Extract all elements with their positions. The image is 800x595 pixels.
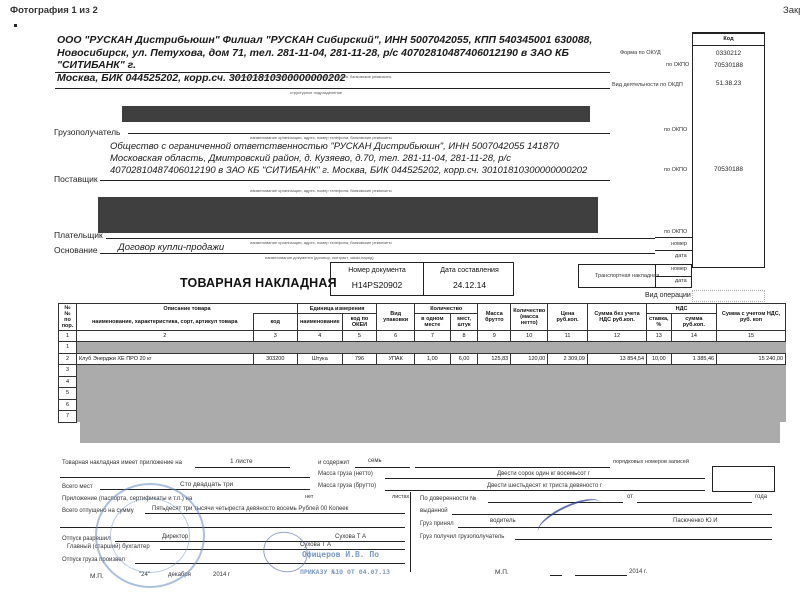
code-label-okdp: Вид деятельности по ОКДП [612,82,683,88]
cell-okei: 796 [342,353,377,365]
sender-line-1: ООО "РУСКАН Дистрибьюшн" Филиал "РУСКАН … [57,34,617,47]
row-number: 7 [59,411,77,423]
column-number: 3 [253,331,297,342]
th-net: Количество (масса нетто) [511,304,548,331]
cell-net: 120,00 [511,353,548,365]
doc-number-label: Номер документа [331,267,423,274]
net-label: Масса груза (нетто) [318,471,373,477]
issued-label: выданной [420,508,448,514]
code-label-payer-okpo: по ОКПО [664,229,687,235]
supplier-caption: наименование организации, адрес, номер т… [250,188,392,193]
doc-date-label: Дата составления [424,267,515,274]
column-number: 15 [717,331,786,342]
close-button[interactable]: Закрыть [783,5,800,16]
code-label-okud: Форма по ОКУД [620,50,661,56]
supplier-line-3: 40702810487406012190 в ЗАО КБ "СИТИБАНК"… [110,165,587,177]
column-number: 5 [342,331,377,342]
cell-vat-rate: 10,00 [647,353,672,365]
column-number: 14 [671,331,717,342]
cell-price: 2 309,09 [548,353,588,365]
consignee-label: Грузополучатель [54,127,121,137]
row-number: 3 [59,365,77,377]
mp2-label: М.П. [495,569,509,576]
th-gross: Масса брутто [478,304,511,331]
code-value-okdp: 51.38.23 [692,80,765,87]
row-number: 4 [59,376,77,388]
payer-label: Плательщик [54,230,103,240]
doc-number: Н14PS20902 [331,280,423,290]
code-value-supplier-okpo: 70530188 [692,166,765,173]
release-date-year: 2014 г [213,572,230,578]
column-number: 8 [450,331,478,342]
th-vat-sum: сумма руб.коп. [671,314,717,331]
accepted-position: водитель [490,518,516,524]
received-date-year: 2014 г. [629,569,647,575]
accepted-label: Груз принял [420,521,454,527]
transport-label: Транспортная накладная [595,273,659,279]
viewer-title: Фотография 1 из 2 [10,5,98,16]
table-row: 2Клуб Энерджи ХЕ ПРО 20 кг303200Штука796… [59,353,786,365]
received-label: Груз получил грузополучатель [420,534,504,540]
cell-sum: 13 854,54 [587,353,646,365]
row-number: 2 [59,353,77,365]
redacted-payer [98,197,598,233]
code-label-basis-date: дата [675,253,687,259]
cell-unit: Штука [297,353,342,365]
column-number: 1 [59,331,77,342]
document-number-box: Номер документа Н14PS20902 Дата составле… [330,262,514,296]
cell-places: 6,00 [450,353,478,365]
code-label-transport-date: дата [675,278,687,284]
column-number: 6 [377,331,415,342]
th-sum-vat: Сумма с учетом НДС, руб. коп [717,304,786,331]
row-number: 1 [59,342,77,354]
code-label-transport-number: номер [671,266,687,272]
contains-value: семь [368,458,382,464]
cell-vat-sum: 1 385,46 [671,353,717,365]
th-code: код [253,314,297,331]
supplier-label: Поставщик [54,174,98,184]
th-unit-name: наименование [297,314,342,331]
column-number: 13 [647,331,672,342]
supplier-line-2: Московская область, Дмитровский район, д… [110,153,587,165]
redacted-consignee [122,106,590,122]
th-desc-name: наименование, характеристика, сорт, арти… [76,314,253,331]
th-unit-group: Единица измерения [297,304,376,314]
column-number: 2 [76,331,253,342]
th-pack: Вид упаковки [377,304,415,331]
cell-qty-one: 1,00 [415,353,451,365]
document-title: ТОВАРНАЯ НАКЛАДНАЯ [180,276,337,290]
records-box [712,466,775,492]
cell-total: 15 240,00 [717,353,786,365]
th-vat-rate: ставка, % [647,314,672,331]
codes-header: Код [692,36,765,42]
proxy-label: По доверенности № [420,496,476,502]
table-row: 1 [59,342,786,354]
th-desc-group: Описание товара [76,304,297,314]
th-num: № № по пор. [59,304,77,331]
sheets-label: листах [392,494,409,500]
th-unit-okei: код по ОКЕИ [342,314,377,331]
cell-name: Клуб Энерджи ХЕ ПРО 20 кг [76,353,253,365]
th-qty-group: Количество [415,304,478,314]
sender-caption: организация-грузоотправитель, адрес, ном… [230,74,391,79]
row-number: 6 [59,399,77,411]
operation-value [692,290,765,302]
column-number: 7 [415,331,451,342]
th-qty-places: мест, штук [450,314,478,331]
payer-caption: наименование организации, адрес, номер т… [250,240,392,245]
row-number: 5 [59,388,77,400]
redacted-rows [80,390,780,443]
officer-stamp-line-2: ПРИКАЗУ №10 ОТ 04.07.13 [300,568,390,576]
code-label-basis-number: номер [671,241,687,247]
supplier-block: Общество с ограниченной ответственностью… [110,141,587,177]
code-value-okpo: 70530188 [692,62,765,69]
round-stamp-inner [110,498,190,573]
basis-label: Основание [54,245,98,255]
cell-code: 303200 [253,353,297,365]
redacted-row [76,376,785,388]
redacted-row [76,365,785,377]
attach-value: нет [305,494,313,500]
proxy-year-label: года [755,494,767,500]
column-number: 11 [548,331,588,342]
proxy-from-label: от [627,494,633,500]
accepted-name: Пасюченко Ю И [673,518,718,524]
code-label-okpo: по ОКПО [666,62,689,68]
th-sum-no-vat: Сумма без учета НДС руб.коп. [587,304,646,331]
code-value-okud: 0330212 [692,50,765,57]
th-price: Цена руб.коп. [548,304,588,331]
code-label-supplier-okpo: по ОКПО [664,167,687,173]
release-name: Сухова Т А [335,534,366,540]
appendix-label: Товарная накладная имеет приложение на [62,460,182,466]
places-label: Всего мест [62,484,93,490]
cell-pack: УПАК [377,353,415,365]
appendix-value: 1 листе [230,458,253,465]
th-qty-one: в одном месте [415,314,451,331]
basis-caption: наименование документа (договор, контрак… [265,255,374,260]
column-number: 10 [511,331,548,342]
subdivision-caption: структурное подразделение [290,90,342,95]
supplier-line-1: Общество с ограниченной ответственностью… [110,141,587,153]
operation-label: Вид операции [645,292,691,299]
cell-gross: 125,83 [478,353,511,365]
officer-stamp-line-1: Офицеров И.В. По [302,550,379,559]
table-row: 3 [59,365,786,377]
column-number: 9 [478,331,511,342]
mp-label: М.П. [90,573,104,580]
bullet-icon [14,24,17,27]
column-number: 4 [297,331,342,342]
gross-label: Масса груза (брутто) [318,483,376,489]
records-label: порядковых номеров записей [613,459,689,465]
contains-label: и содержит [318,460,350,466]
sender-line-2: Новосибирск, ул. Петухова, дом 71, тел. … [57,47,617,72]
table-row: 4 [59,376,786,388]
gross-value: Двести шестьдесят кг триста девяносто г [487,483,602,489]
code-label-consignee-okpo: по ОКПО [664,127,687,133]
th-vat-group: НДС [647,304,717,314]
column-number: 12 [587,331,646,342]
doc-date: 24.12.14 [424,280,515,290]
driver-signature [533,491,607,544]
places-value: Сто двадцать три [180,481,233,488]
redacted-row [76,342,785,354]
net-value: Двести сорок один кг восемьсот г [497,471,590,477]
column-number-row: 123456789101112131415 [59,331,786,342]
consignee-caption: наименование организации, адрес, номер т… [250,135,392,140]
